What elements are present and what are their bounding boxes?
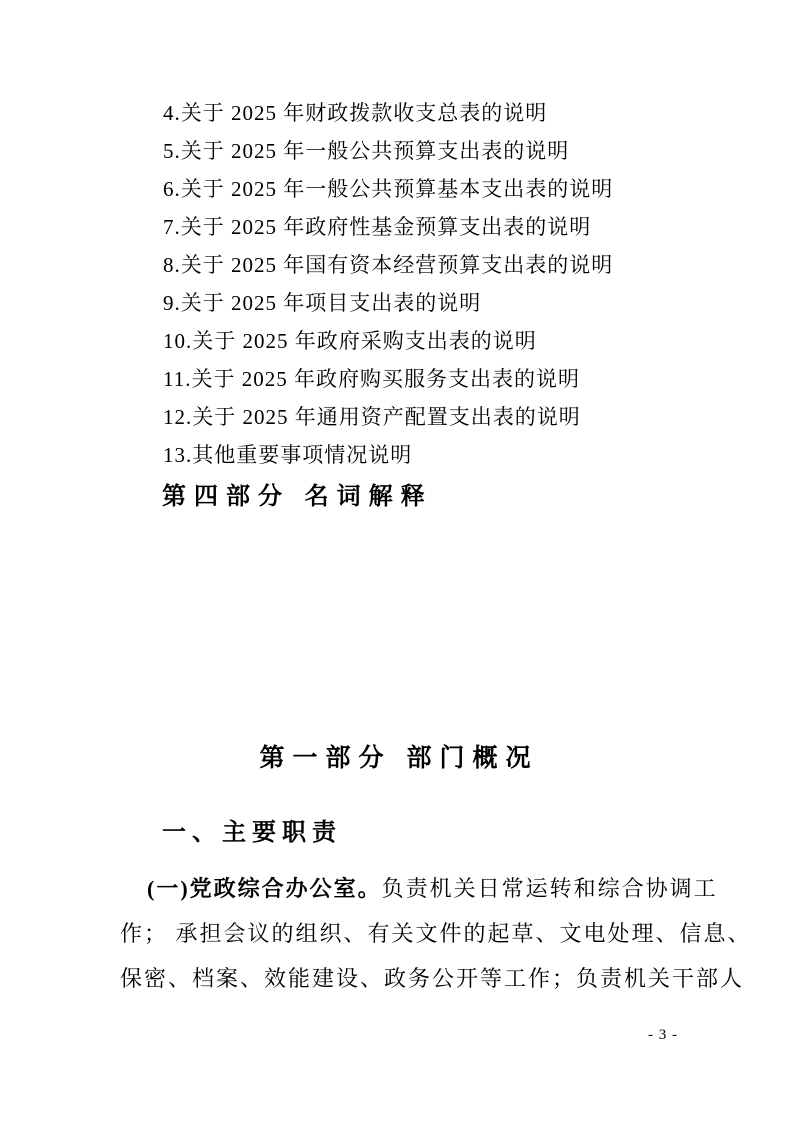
paragraph-line1-text: 负责机关日常运转和综合协调工 — [382, 876, 718, 901]
toc-item: 10.关于 2025 年政府采购支出表的说明 — [163, 322, 613, 360]
toc-item: 4.关于 2025 年财政拨款收支总表的说明 — [163, 94, 613, 132]
table-of-contents: 4.关于 2025 年财政拨款收支总表的说明 5.关于 2025 年一般公共预算… — [163, 94, 613, 474]
toc-item: 7.关于 2025 年政府性基金预算支出表的说明 — [163, 208, 613, 246]
toc-item: 9.关于 2025 年项目支出表的说明 — [163, 284, 613, 322]
toc-item: 5.关于 2025 年一般公共预算支出表的说明 — [163, 132, 613, 170]
toc-part4-heading: 第四部分 名词解释 — [162, 476, 433, 511]
toc-item: 13.其他重要事项情况说明 — [163, 436, 613, 474]
page-number: - 3 - — [120, 1026, 678, 1044]
part1-heading: 第一部分 部门概况 — [120, 738, 678, 774]
toc-item: 12.关于 2025 年通用资产配置支出表的说明 — [163, 398, 613, 436]
body-paragraph: (一)党政综合办公室。负责机关日常运转和综合协调工 作； 承担会议的组织、有关文… — [120, 866, 678, 1001]
toc-item: 6.关于 2025 年一般公共预算基本支出表的说明 — [163, 170, 613, 208]
paragraph-line: 保密、档案、效能建设、政务公开等工作；负责机关干部人 — [120, 956, 678, 1001]
paragraph-line: 作； 承担会议的组织、有关文件的起草、文电处理、信息、 — [120, 911, 678, 956]
paragraph-lead-bold: (一)党政综合办公室。 — [147, 876, 382, 901]
toc-item: 11.关于 2025 年政府购买服务支出表的说明 — [163, 360, 613, 398]
document-page: 4.关于 2025 年财政拨款收支总表的说明 5.关于 2025 年一般公共预算… — [0, 0, 793, 1122]
subsection-heading: 一、主要职责 — [162, 812, 342, 847]
toc-item: 8.关于 2025 年国有资本经营预算支出表的说明 — [163, 246, 613, 284]
paragraph-line: (一)党政综合办公室。负责机关日常运转和综合协调工 — [120, 866, 678, 911]
